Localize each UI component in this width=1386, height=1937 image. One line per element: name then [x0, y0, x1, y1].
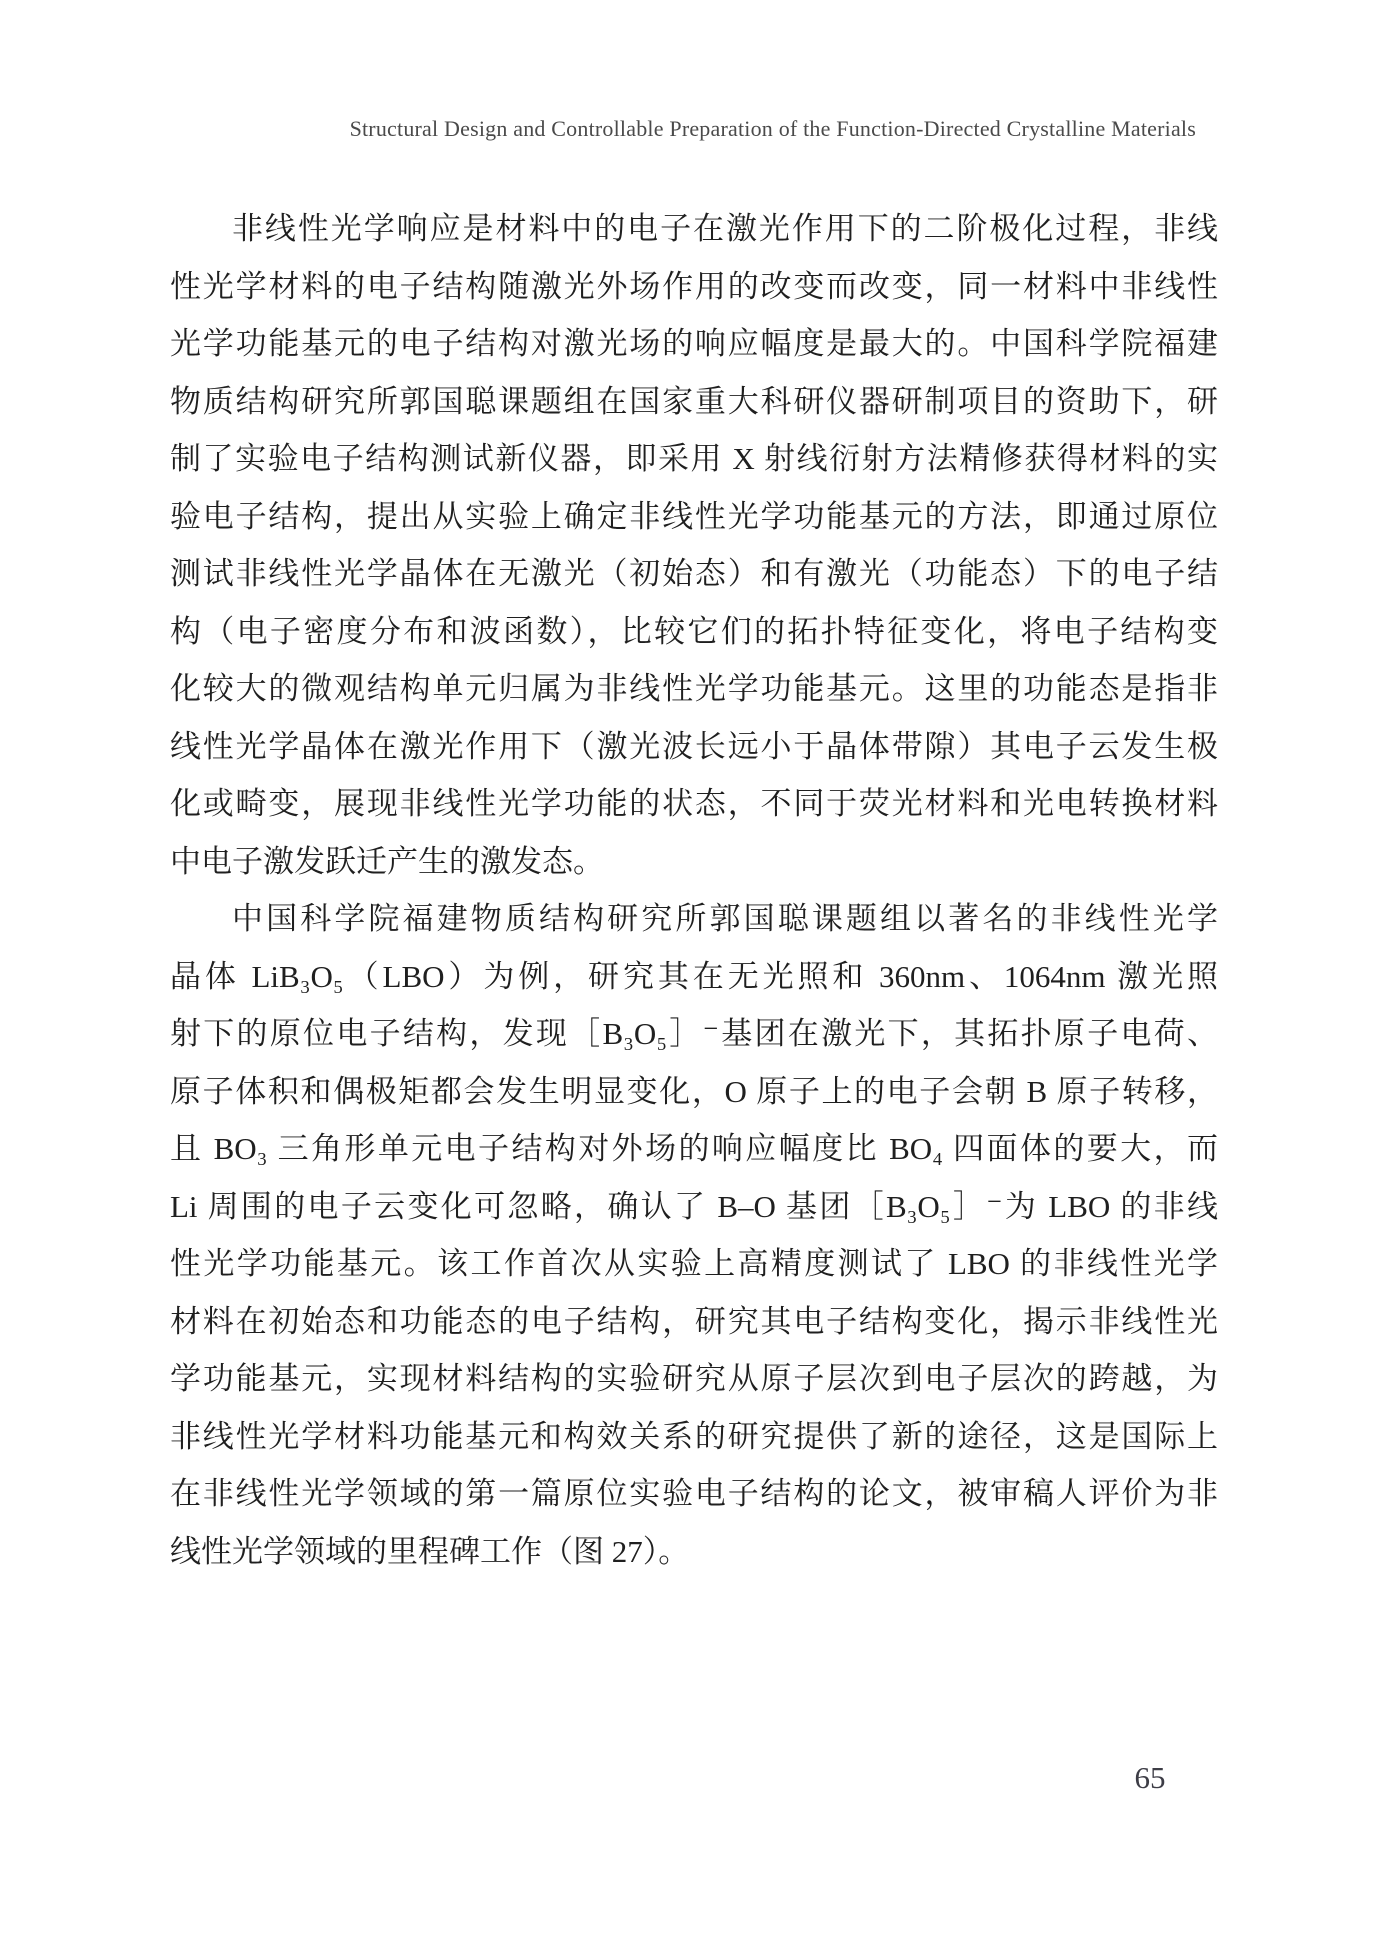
text-line: 学功能基元，实现材料结构的实验研究从原子层次到电子层次的跨越，为 [170, 1350, 1218, 1408]
running-header: Structural Design and Controllable Prepa… [170, 116, 1218, 142]
text-line: 晶体 LiB₃O₅（LBO）为例，研究其在无光照和 360nm、1064nm 激… [170, 948, 1218, 1006]
text-line: 线性光学领域的里程碑工作（图 27）。 [170, 1523, 1218, 1581]
paragraph: 中国科学院福建物质结构研究所郭国聪课题组以著名的非线性光学晶体 LiB₃O₅（L… [170, 890, 1218, 1580]
text-line: 化较大的微观结构单元归属为非线性光学功能基元。这里的功能态是指非 [170, 660, 1218, 718]
text-line: 线性光学晶体在激光作用下（激光波长远小于晶体带隙）其电子云发生极 [170, 718, 1218, 776]
page-number: 65 [1118, 1760, 1182, 1796]
text-line: 在非线性光学领域的第一篇原位实验电子结构的论文，被审稿人评价为非 [170, 1465, 1218, 1523]
text-line: Li 周围的电子云变化可忽略，确认了 B–O 基团［B₃O₅］⁻为 LBO 的非… [170, 1178, 1218, 1236]
text-line: 性光学功能基元。该工作首次从实验上高精度测试了 LBO 的非线性光学 [170, 1235, 1218, 1293]
text-line: 原子体积和偶极矩都会发生明显变化，O 原子上的电子会朝 B 原子转移， [170, 1063, 1218, 1121]
text-line: 测试非线性光学晶体在无激光（初始态）和有激光（功能态）下的电子结 [170, 545, 1218, 603]
text-line: 且 BO₃ 三角形单元电子结构对外场的响应幅度比 BO₄ 四面体的要大，而 [170, 1120, 1218, 1178]
text-line: 材料在初始态和功能态的电子结构，研究其电子结构变化，揭示非线性光 [170, 1293, 1218, 1351]
text-line: 光学功能基元的电子结构对激光场的响应幅度是最大的。中国科学院福建 [170, 315, 1218, 373]
text-line: 制了实验电子结构测试新仪器，即采用 X 射线衍射方法精修获得材料的实 [170, 430, 1218, 488]
paragraph: 非线性光学响应是材料中的电子在激光作用下的二阶极化过程，非线性光学材料的电子结构… [170, 200, 1218, 890]
text-line: 化或畸变，展现非线性光学功能的状态，不同于荧光材料和光电转换材料 [170, 775, 1218, 833]
body-text: 非线性光学响应是材料中的电子在激光作用下的二阶极化过程，非线性光学材料的电子结构… [170, 200, 1218, 1580]
text-line: 中电子激发跃迁产生的激发态。 [170, 833, 1218, 891]
text-line: 性光学材料的电子结构随激光外场作用的改变而改变，同一材料中非线性 [170, 258, 1218, 316]
text-line: 验电子结构，提出从实验上确定非线性光学功能基元的方法，即通过原位 [170, 488, 1218, 546]
text-line: 射下的原位电子结构，发现［B₃O₅］⁻基团在激光下，其拓扑原子电荷、 [170, 1005, 1218, 1063]
text-line: 物质结构研究所郭国聪课题组在国家重大科研仪器研制项目的资助下，研 [170, 373, 1218, 431]
text-line: 中国科学院福建物质结构研究所郭国聪课题组以著名的非线性光学 [170, 890, 1218, 948]
text-line: 非线性光学响应是材料中的电子在激光作用下的二阶极化过程，非线 [170, 200, 1218, 258]
text-line: 构（电子密度分布和波函数），比较它们的拓扑特征变化，将电子结构变 [170, 603, 1218, 661]
document-page: Structural Design and Controllable Prepa… [0, 0, 1386, 1937]
text-line: 非线性光学材料功能基元和构效关系的研究提供了新的途径，这是国际上 [170, 1408, 1218, 1466]
